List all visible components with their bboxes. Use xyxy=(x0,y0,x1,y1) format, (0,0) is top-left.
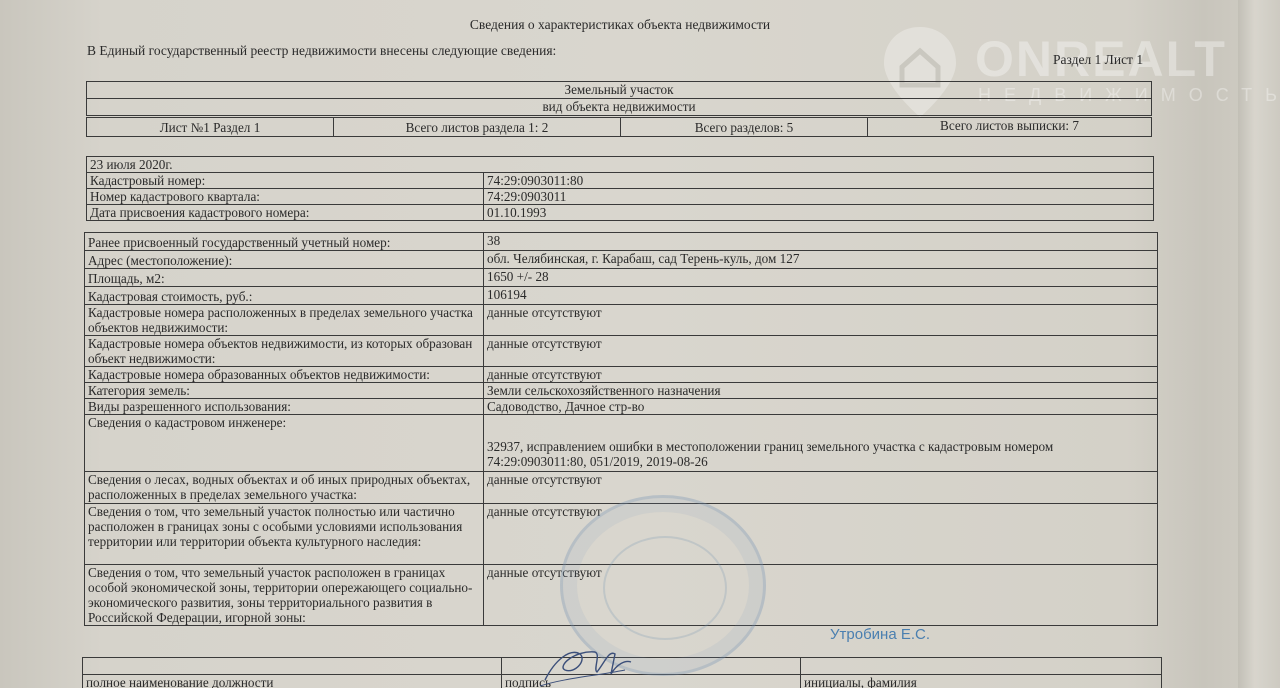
row-label: Сведения о кадастровом инженере: xyxy=(85,415,484,472)
row-value: 01.10.1993 xyxy=(484,205,1154,221)
table-row: Кадастровые номера объектов недвижимости… xyxy=(85,336,1158,367)
row-label: Кадастровые номера образованных объектов… xyxy=(85,367,484,383)
row-value: 32937, исправлением ошибки в местоположе… xyxy=(484,415,1158,472)
row-label: Кадастровые номера объектов недвижимости… xyxy=(85,336,484,367)
row-value: 106194 xyxy=(484,287,1158,305)
row-label: Дата присвоения кадастрового номера: xyxy=(87,205,484,221)
row-value: 74:29:0903011:80 xyxy=(484,173,1154,189)
row-label: Сведения о том, что земельный участок ра… xyxy=(85,565,484,626)
row-label: Ранее присвоенный государственный учетны… xyxy=(85,233,484,251)
table-row: Категория земель: Земли сельскохозяйстве… xyxy=(85,383,1158,399)
row-value: Садоводство, Дачное стр-во xyxy=(484,399,1158,415)
table-row: Адрес (местоположение): обл. Челябинская… xyxy=(85,251,1158,269)
extract-date: 23 июля 2020г. xyxy=(87,157,1154,173)
document-intro: В Единый государственный реестр недвижим… xyxy=(87,43,556,59)
row-value: 74:29:0903011 xyxy=(484,189,1154,205)
signer-name-stamp: Утробина Е.С. xyxy=(830,626,930,643)
signature-table: полное наименование должности подпись ин… xyxy=(82,657,1162,688)
cadastral-block: 23 июля 2020г. Кадастровый номер: 74:29:… xyxy=(86,156,1154,221)
table-row: Сведения о том, что земельный участок по… xyxy=(85,504,1158,565)
characteristics-block: Ранее присвоенный государственный учетны… xyxy=(84,232,1158,626)
table-row: Кадастровый номер: 74:29:0903011:80 xyxy=(87,173,1154,189)
table-row: Сведения о лесах, водных объектах и об и… xyxy=(85,472,1158,504)
table-row: Площадь, м2: 1650 +/- 28 xyxy=(85,269,1158,287)
table-row: Сведения о том, что земельный участок ра… xyxy=(85,565,1158,626)
section-sheets-count: Всего листов раздела 1: 2 xyxy=(334,118,621,137)
table-row: Номер кадастрового квартала: 74:29:09030… xyxy=(87,189,1154,205)
row-label: Виды разрешенного использования: xyxy=(85,399,484,415)
row-value: данные отсутствуют xyxy=(484,305,1158,336)
sheet-info-table: Лист №1 Раздел 1 Всего листов раздела 1:… xyxy=(86,117,1152,137)
row-value: данные отсутствуют xyxy=(484,472,1158,504)
row-value: 38 xyxy=(484,233,1158,251)
row-label: Номер кадастрового квартала: xyxy=(87,189,484,205)
row-value: данные отсутствуют xyxy=(484,504,1158,565)
table-row: Ранее присвоенный государственный учетны… xyxy=(85,233,1158,251)
section-reference: Раздел 1 Лист 1 xyxy=(1053,52,1143,68)
page-edge xyxy=(1238,0,1280,688)
position-caption: полное наименование должности xyxy=(83,675,502,688)
table-row: Дата присвоения кадастрового номера: 01.… xyxy=(87,205,1154,221)
row-label: Категория земель: xyxy=(85,383,484,399)
object-type-caption: вид объекта недвижимости xyxy=(87,99,1152,116)
document-title: Сведения о характеристиках объекта недви… xyxy=(0,17,1240,33)
initials-caption: инициалы, фамилия xyxy=(801,675,1162,688)
total-sections: Всего разделов: 5 xyxy=(621,118,868,137)
row-label: Адрес (местоположение): xyxy=(85,251,484,269)
row-value: данные отсутствуют xyxy=(484,367,1158,383)
row-label: Сведения о лесах, водных объектах и об и… xyxy=(85,472,484,504)
table-row: Кадастровые номера образованных объектов… xyxy=(85,367,1158,383)
position-cell xyxy=(83,658,502,675)
row-value: обл. Челябинская, г. Карабаш, сад Терень… xyxy=(484,251,1158,269)
total-sheets: Всего листов выписки: 7 xyxy=(868,118,1152,137)
initials-cell xyxy=(801,658,1162,675)
row-label: Сведения о том, что земельный участок по… xyxy=(85,504,484,565)
signature-cell xyxy=(502,658,801,675)
row-value: Земли сельскохозяйственного назначения xyxy=(484,383,1158,399)
table-row: Сведения о кадастровом инженере: 32937, … xyxy=(85,415,1158,472)
table-row: Кадастровые номера расположенных в преде… xyxy=(85,305,1158,336)
signature-caption: подпись xyxy=(502,675,801,688)
row-value: данные отсутствуют xyxy=(484,565,1158,626)
object-type: Земельный участок xyxy=(87,82,1152,99)
table-row: Кадастровая стоимость, руб.: 106194 xyxy=(85,287,1158,305)
row-label: Площадь, м2: xyxy=(85,269,484,287)
row-label: Кадастровые номера расположенных в преде… xyxy=(85,305,484,336)
row-label: Кадастровый номер: xyxy=(87,173,484,189)
object-type-table: Земельный участок вид объекта недвижимос… xyxy=(86,81,1152,116)
row-value: данные отсутствуют xyxy=(484,336,1158,367)
row-value: 1650 +/- 28 xyxy=(484,269,1158,287)
row-label: Кадастровая стоимость, руб.: xyxy=(85,287,484,305)
sheet-number: Лист №1 Раздел 1 xyxy=(87,118,334,137)
table-row: Виды разрешенного использования: Садовод… xyxy=(85,399,1158,415)
